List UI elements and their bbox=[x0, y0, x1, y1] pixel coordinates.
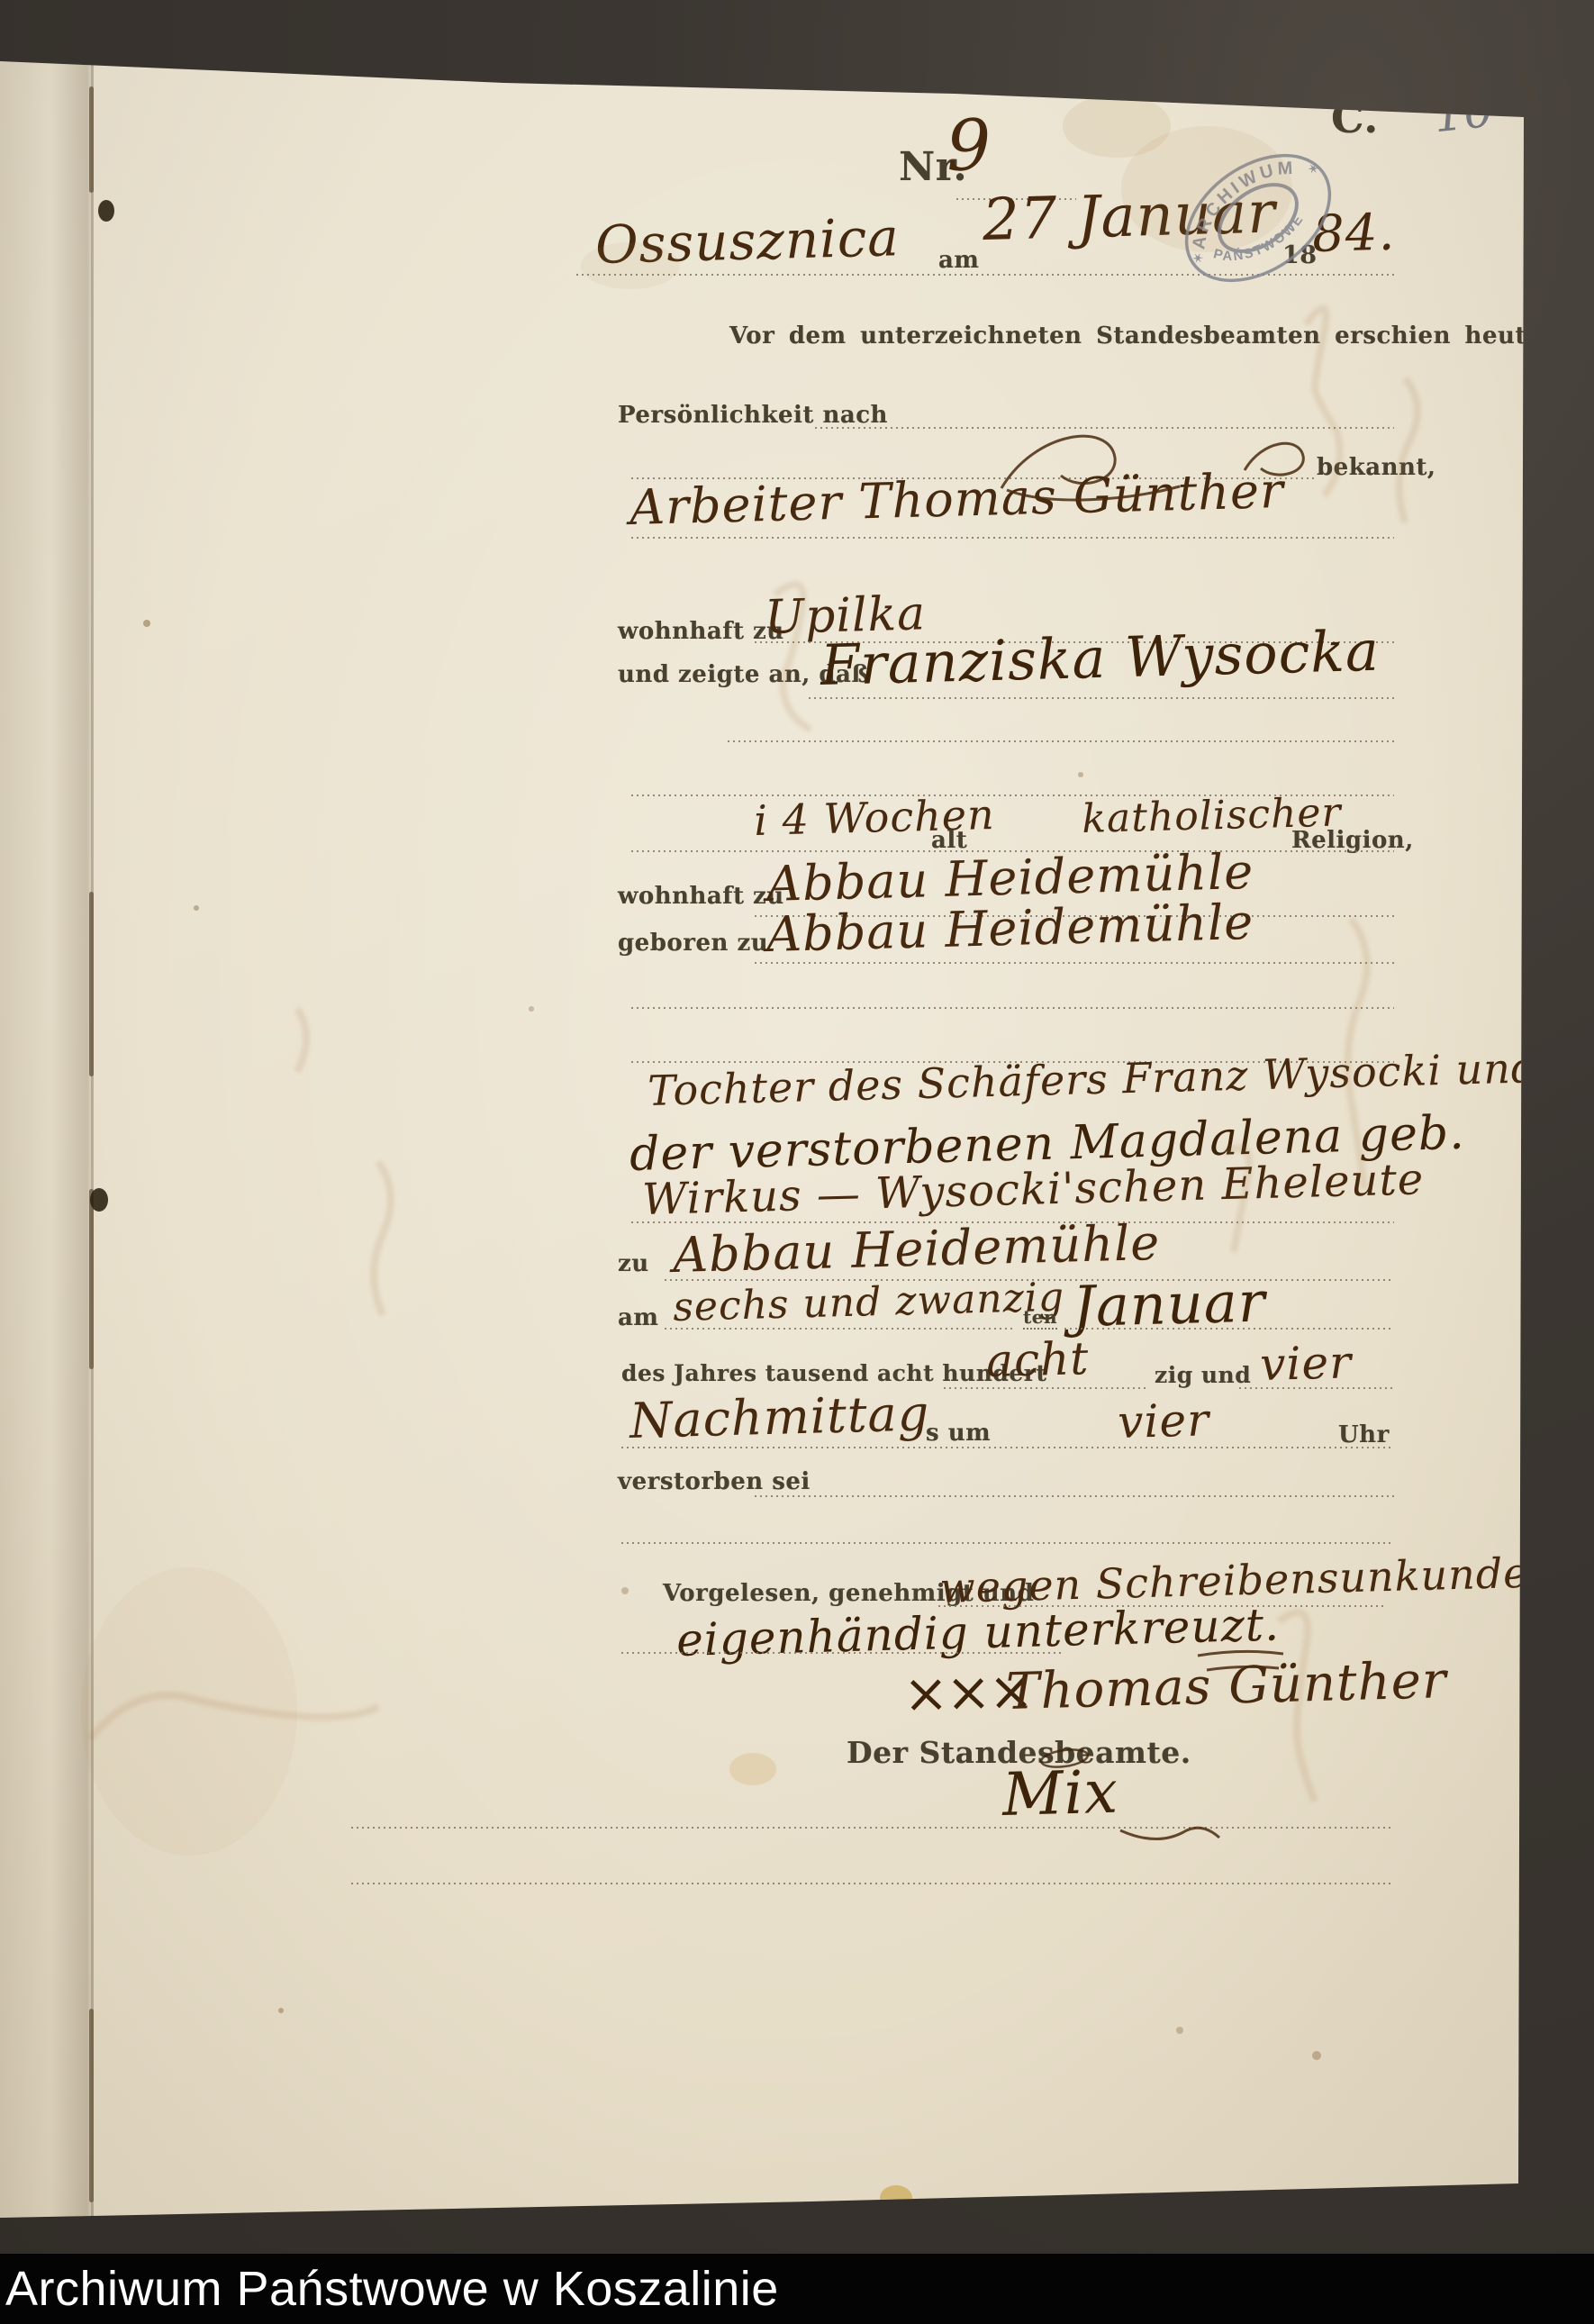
deceased-name: Franziska Wysocka bbox=[820, 618, 1381, 698]
s-um-label: s um bbox=[926, 1420, 991, 1447]
dotted-line bbox=[631, 1007, 1394, 1009]
binding-thread bbox=[89, 892, 94, 1076]
stamp-star-icon: ✶ bbox=[1304, 159, 1324, 179]
pencil-page-number: 10 bbox=[1431, 84, 1496, 144]
dotted-line bbox=[815, 427, 1394, 429]
ten-suffix-label: ten bbox=[1023, 1306, 1057, 1330]
year-ones-value: vier bbox=[1259, 1336, 1352, 1391]
dotted-line bbox=[809, 697, 1394, 699]
ink-blob bbox=[98, 200, 114, 222]
zig-und-label: zig und bbox=[1155, 1362, 1251, 1388]
binding-crease bbox=[91, 54, 94, 2225]
binding-gutter bbox=[0, 0, 92, 2324]
dotted-line bbox=[576, 274, 1394, 276]
declarant-signature: Thomas Günther bbox=[1005, 1651, 1447, 1721]
dotted-line bbox=[665, 1328, 1014, 1330]
verstorben-label: verstorben sei bbox=[618, 1468, 811, 1495]
intro-line: Vor dem unterzeichneten Standesbeamten e… bbox=[729, 322, 1594, 350]
attestation-line2: eigenhändig unterkreuzt. bbox=[675, 1598, 1280, 1666]
binding-thread bbox=[89, 86, 94, 193]
dotted-line bbox=[1239, 1387, 1394, 1389]
dotted-line bbox=[621, 1447, 1394, 1448]
registry-place: Ossusznica bbox=[594, 206, 900, 276]
dotted-line bbox=[351, 1883, 1394, 1884]
form-series-letter: C. bbox=[1331, 94, 1379, 142]
death-day: sechs und zwanzig bbox=[673, 1275, 1065, 1330]
dotted-line bbox=[755, 1495, 1394, 1497]
am2-label: am bbox=[618, 1304, 658, 1331]
stamp-star-icon: ✶ bbox=[1188, 248, 1208, 268]
dotted-line bbox=[728, 740, 1394, 742]
persoenlichkeit-label: Persönlichkeit nach bbox=[618, 402, 888, 429]
zu-label: zu bbox=[618, 1250, 649, 1277]
declarant-name: Arbeiter Thomas Günther bbox=[629, 462, 1284, 536]
uhr-label: Uhr bbox=[1338, 1421, 1390, 1448]
archival-scan: Nr. 9 C. 10 Ossusznica am 27 Januar 18 8… bbox=[0, 0, 1594, 2324]
year-tens-value: acht bbox=[985, 1332, 1090, 1387]
bekannt-label: bekannt, bbox=[1317, 454, 1436, 481]
year-line-label: des Jahres tausend acht hundert bbox=[621, 1360, 1046, 1386]
dotted-line bbox=[621, 1542, 1394, 1544]
registrar-signature: Mix bbox=[1001, 1757, 1119, 1829]
wohnhaft2-label: wohnhaft zu bbox=[618, 883, 784, 910]
parents-line-1: Tochter des Schäfers Franz Wysocki und bbox=[648, 1043, 1539, 1115]
dotted-line bbox=[351, 1827, 1394, 1829]
hour-value: vier bbox=[1117, 1393, 1209, 1448]
dotted-line bbox=[1064, 1328, 1394, 1330]
year-value: 84. bbox=[1311, 204, 1396, 264]
dotted-line bbox=[631, 537, 1394, 539]
archive-watermark-text: Archiwum Państwowe w Koszalinie bbox=[5, 2261, 779, 2317]
binding-thread bbox=[89, 1189, 94, 1369]
binding-thread bbox=[89, 2009, 94, 2202]
geboren-label: geboren zu bbox=[618, 930, 768, 957]
record-number-value: 9 bbox=[946, 105, 993, 187]
dotted-line bbox=[944, 1387, 1146, 1389]
daytime-value: Nachmittag bbox=[629, 1384, 930, 1449]
binding-tape bbox=[77, 0, 113, 59]
record-date: 27 Januar bbox=[982, 179, 1277, 254]
watermark-bar: Archiwum Państwowe w Koszalinie bbox=[0, 2254, 1594, 2324]
dotted-line bbox=[621, 1652, 1063, 1654]
am-label: am bbox=[938, 247, 979, 274]
document-page: Nr. 9 C. 10 Ossusznica am 27 Januar 18 8… bbox=[0, 0, 1594, 2324]
dotted-line bbox=[755, 962, 1394, 964]
birthplace-value: Abbau Heidemühle bbox=[765, 894, 1254, 963]
